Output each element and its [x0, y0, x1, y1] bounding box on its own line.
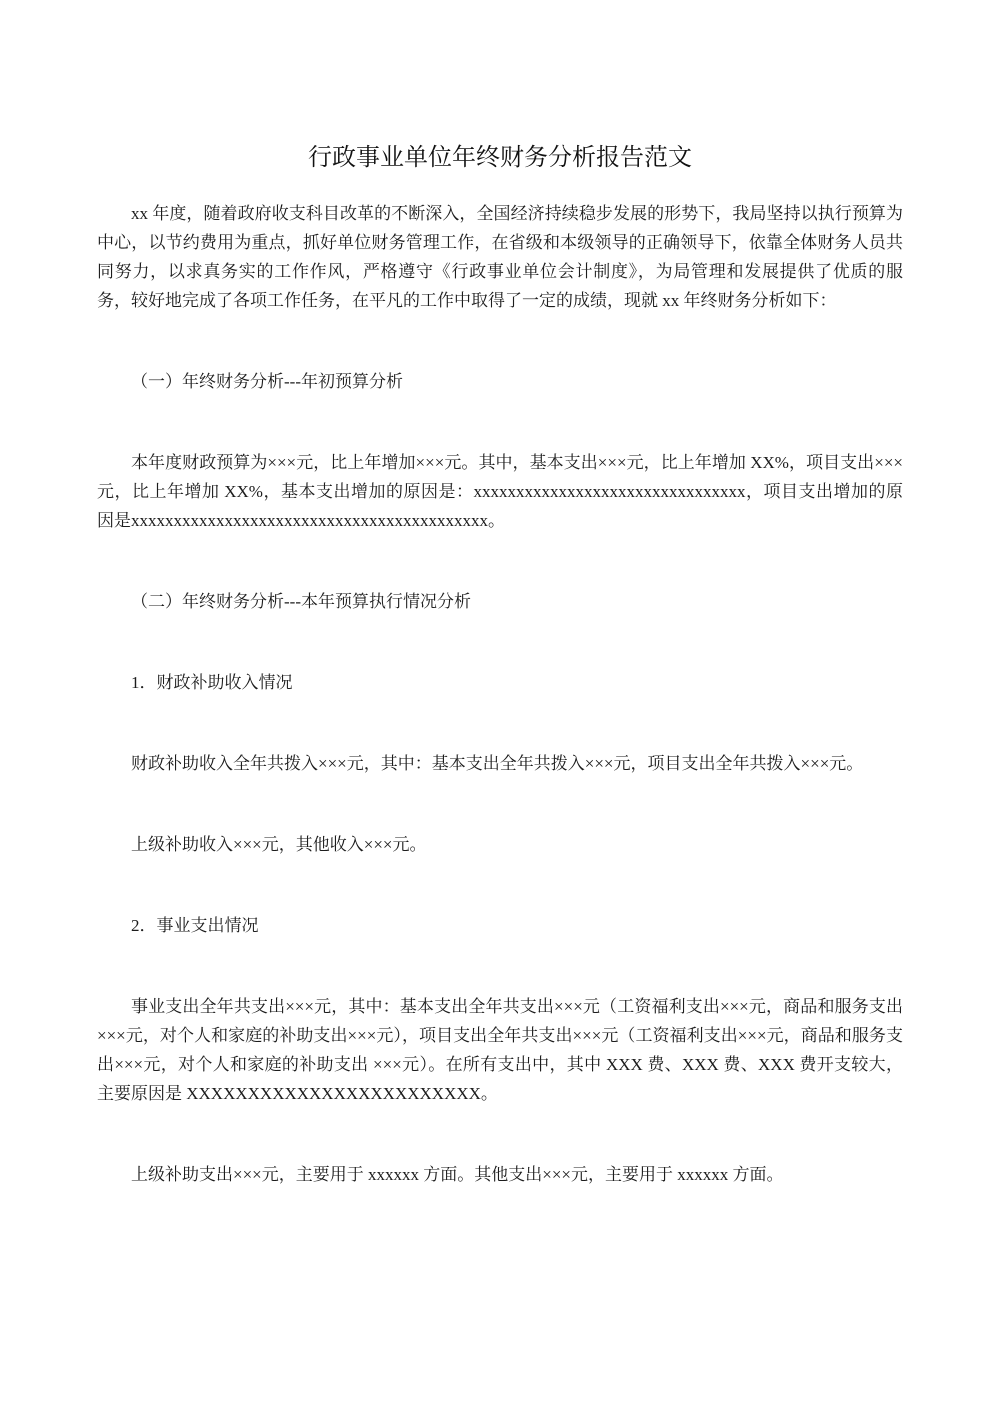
operating-expenditure-paragraph: 事业支出全年共支出×××元，其中：基本支出全年共支出×××元（工资福利支出×××…: [97, 992, 903, 1108]
subheading-operating-expenditure: 2．事业支出情况: [97, 911, 903, 940]
section-heading-initial-budget-analysis: （一）年终财务分析---年初预算分析: [97, 367, 903, 396]
section-heading-budget-execution-analysis: （二）年终财务分析---本年预算执行情况分析: [97, 587, 903, 616]
intro-paragraph: xx 年度，随着政府收支科目改革的不断深入，全国经济持续稳步发展的形势下，我局坚…: [97, 199, 903, 315]
document-title: 行政事业单位年终财务分析报告范文: [97, 143, 903, 173]
document-page: 行政事业单位年终财务分析报告范文 xx 年度，随着政府收支科目改革的不断深入，全…: [0, 0, 1000, 1415]
subheading-fiscal-subsidy-income: 1．财政补助收入情况: [97, 668, 903, 697]
superior-subsidy-expenditure-paragraph: 上级补助支出×××元，主要用于 xxxxxx 方面。其他支出×××元，主要用于 …: [97, 1160, 903, 1189]
initial-budget-paragraph: 本年度财政预算为×××元，比上年增加×××元。其中，基本支出×××元，比上年增加…: [97, 448, 903, 535]
superior-subsidy-income-paragraph: 上级补助收入×××元，其他收入×××元。: [97, 830, 903, 859]
fiscal-subsidy-income-paragraph: 财政补助收入全年共拨入×××元，其中：基本支出全年共拨入×××元，项目支出全年共…: [97, 749, 903, 778]
